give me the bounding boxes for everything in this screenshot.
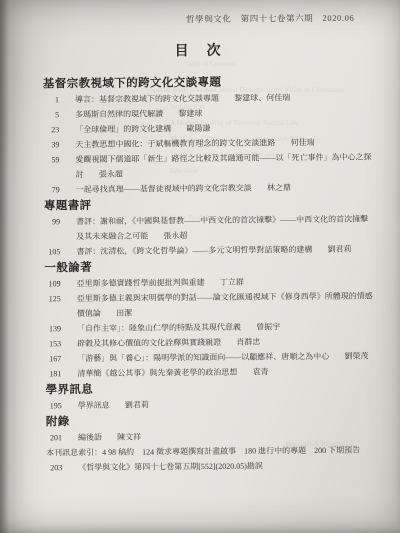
entry-page-number: 125: [45, 291, 61, 321]
entry-authors: 劉君莉: [125, 400, 149, 409]
section-entries: 1 導言：基督宗教視域下的跨文化交談專題黎建球、何佳瑞 5 多瑪斯自然律的現代解…: [43, 89, 374, 197]
entry-title: 多瑪斯自然律的現代解讀: [75, 109, 163, 119]
entry-page-number: 105: [44, 244, 60, 259]
toc-entry: 203 《哲學與文化》第四十七卷第五期[552](2020.05)勘誤: [46, 457, 376, 475]
section-entries: 109 亞里斯多德實踐哲學前提批判與重建丁立群 125 亞里斯多德主義與宋明儒學…: [45, 273, 376, 381]
page-title: 目 次: [0, 38, 399, 61]
entry-page-number: 59: [43, 152, 59, 182]
entry-title: 學界訊息: [78, 401, 110, 410]
toc-entry: 99 書評：謝和耐，《中國與基督教——中西文化的首次撞擊》——中西文化的首次撞擊…: [44, 211, 374, 244]
entry-page-number: 99: [44, 214, 60, 244]
entry-title: 《哲學與文化》第四十七卷第五期[552](2020.05)勘誤: [78, 461, 263, 472]
toc-section: 一般論著 109 亞里斯多德實踐哲學前提批判與重建丁立群 125 亞里斯多德主義…: [44, 257, 375, 381]
entry-authors: 田潔: [116, 309, 132, 318]
entry-text: 清華簡《越公其事》與先秦黃老學的政治思想袁青: [77, 363, 375, 381]
entry-authors: 劉榮茂: [344, 352, 368, 361]
toc-entry: 59 愛觀視閾下儒道耶「新生」路徑之比較及其融通可能——以「死亡事件」為中心之探…: [43, 149, 373, 182]
page-photo: Table of ContentsSpecial Issue: A Cross-…: [0, 0, 400, 533]
section-entries: 99 書評：謝和耐，《中國與基督教——中西文化的首次撞擊》——中西文化的首次撞擊…: [44, 211, 374, 259]
toc-entry: 105 書評：沈清松，《跨文化哲學論》——多元文明哲學對話策略的建構劉君莉: [44, 241, 374, 259]
toc-entry: 181 清華簡《越公其事》與先秦黃老學的政治思想袁青: [45, 363, 375, 381]
entry-title: 辟穀及其修心價值的文化詮釋與實踐親證: [77, 338, 221, 348]
running-head: 哲學與文化 第四十七卷第六期 2020.06: [186, 12, 354, 25]
toc-entry: 195 學界訊息劉君莉: [46, 395, 376, 413]
journal-page: 哲學與文化 第四十七卷第六期 2020.06 目 次 基督宗教視域下的跨文化交談…: [0, 0, 400, 533]
entry-page-number: 5: [43, 107, 59, 122]
entry-title: 導言：基督宗教視域下的跨文化交談專題: [75, 94, 219, 104]
entry-text: 愛觀視閾下儒道耶「新生」路徑之比較及其融通可能——以「死亡事件」為中心之探討張永…: [75, 149, 373, 182]
entry-authors: 林之鼎: [267, 183, 291, 192]
entry-page-number: 139: [45, 321, 61, 336]
entry-title: 「自作主宰」：陸象山仁學的特點及其現代意義: [77, 323, 241, 333]
entry-authors: 黎建球: [178, 109, 202, 118]
entry-authors: 丁立群: [220, 278, 244, 287]
entry-authors: 陳文祥: [117, 433, 141, 442]
entry-page-number: 203: [46, 460, 62, 475]
entry-title: 書評：沈清松，《跨文化哲學論》——多元文明哲學對話策略的建構: [76, 245, 312, 256]
toc-entry: 79 一起尋找真理——基督徒視域中的跨文化宗教交談林之鼎: [44, 179, 374, 197]
toc-section: 專題書評 99 書評：謝和耐，《中國與基督教——中西文化的首次撞擊》——中西文化…: [44, 195, 375, 259]
toc-entry: 125 亞里斯多德主義與宋明儒學的對話——論文化匯通視域下《修身西學》所體現的情…: [45, 288, 375, 321]
entry-authors: 劉君莉: [327, 245, 351, 254]
entry-authors: 黎建球、何佳瑞: [234, 93, 290, 102]
entry-page-number: 167: [45, 351, 61, 366]
entry-page-number: 79: [44, 182, 60, 197]
entry-authors: 張永超: [99, 170, 123, 179]
entry-text: 一起尋找真理——基督徒視域中的跨文化宗教交談林之鼎: [76, 179, 374, 197]
table-of-contents: 基督宗教視域下的跨文化交談專題 1 導言：基督宗教視域下的跨文化交談專題黎建球、…: [43, 72, 376, 475]
entry-title: 清華簡《越公其事》與先秦黃老學的政治思想: [77, 368, 237, 378]
entry-authors: 張永超: [163, 231, 187, 240]
entry-text: 書評：謝和耐，《中國與基督教——中西文化的首次撞擊》——中西文化的首次撞擊及其未…: [76, 211, 374, 244]
toc-section: 基督宗教視域下的跨文化交談專題 1 導言：基督宗教視域下的跨文化交談專題黎建球、…: [43, 73, 374, 197]
entry-page-number: 153: [45, 336, 61, 351]
entry-text: 書評：沈清松，《跨文化哲學論》——多元文明哲學對話策略的建構劉君莉: [76, 241, 374, 259]
toc-section: 附錄 201 編後語陳文祥 本刊訊息索引：4 98 稿約 124 徵求專題撰寫計…: [46, 411, 377, 475]
entry-page-number: 109: [45, 276, 61, 291]
section-entries: 201 編後語陳文祥 本刊訊息索引：4 98 稿約 124 徵求專題撰寫計畫啟事…: [46, 427, 376, 475]
entry-authors: 曾振宇: [256, 322, 280, 331]
entry-page-number: 39: [43, 137, 59, 152]
entry-page-number: 1: [43, 92, 59, 107]
entry-authors: 何佳瑞: [291, 138, 315, 147]
entry-title: 書評：謝和耐，《中國與基督教——中西文化的首次撞擊》——中西文化的首次撞擊及其未…: [76, 215, 368, 242]
entry-page-number: 201: [46, 430, 62, 445]
entry-text: 《哲學與文化》第四十七卷第五期[552](2020.05)勘誤: [78, 457, 376, 475]
entry-text: 亞里斯多德主義與宋明儒學的對話——論文化匯通視域下《修身西學》所體現的情感價值論…: [77, 288, 375, 321]
toc-section: 學界訊息 195 學界訊息劉君莉: [45, 379, 375, 413]
entry-authors: 肖群忠: [236, 337, 260, 346]
entry-page-number: 23: [43, 122, 59, 137]
entry-authors: 袁青: [253, 367, 269, 376]
entry-title: 「全球倫理」的跨文化建構: [75, 124, 171, 134]
entry-title: 天主教思想中國化：于斌樞機教育理念的跨文化交談進路: [75, 138, 275, 149]
entry-title: 亞里斯多德實踐哲學前提批判與重建: [77, 278, 205, 288]
section-entries: 195 學界訊息劉君莉: [46, 395, 376, 413]
entry-text: 學界訊息劉君莉: [78, 395, 376, 413]
entry-page-number: 181: [45, 366, 61, 381]
entry-authors: 歐陽謙: [186, 124, 210, 133]
entry-page-number: 195: [46, 398, 62, 413]
entry-title: 「游藝」與「養心」：陽明學派的知識面向——以顧應祥、唐順之為中心: [77, 352, 329, 363]
entry-title: 編後語: [78, 433, 102, 442]
entry-title: 一起尋找真理——基督徒視域中的跨文化宗教交談: [76, 184, 252, 195]
